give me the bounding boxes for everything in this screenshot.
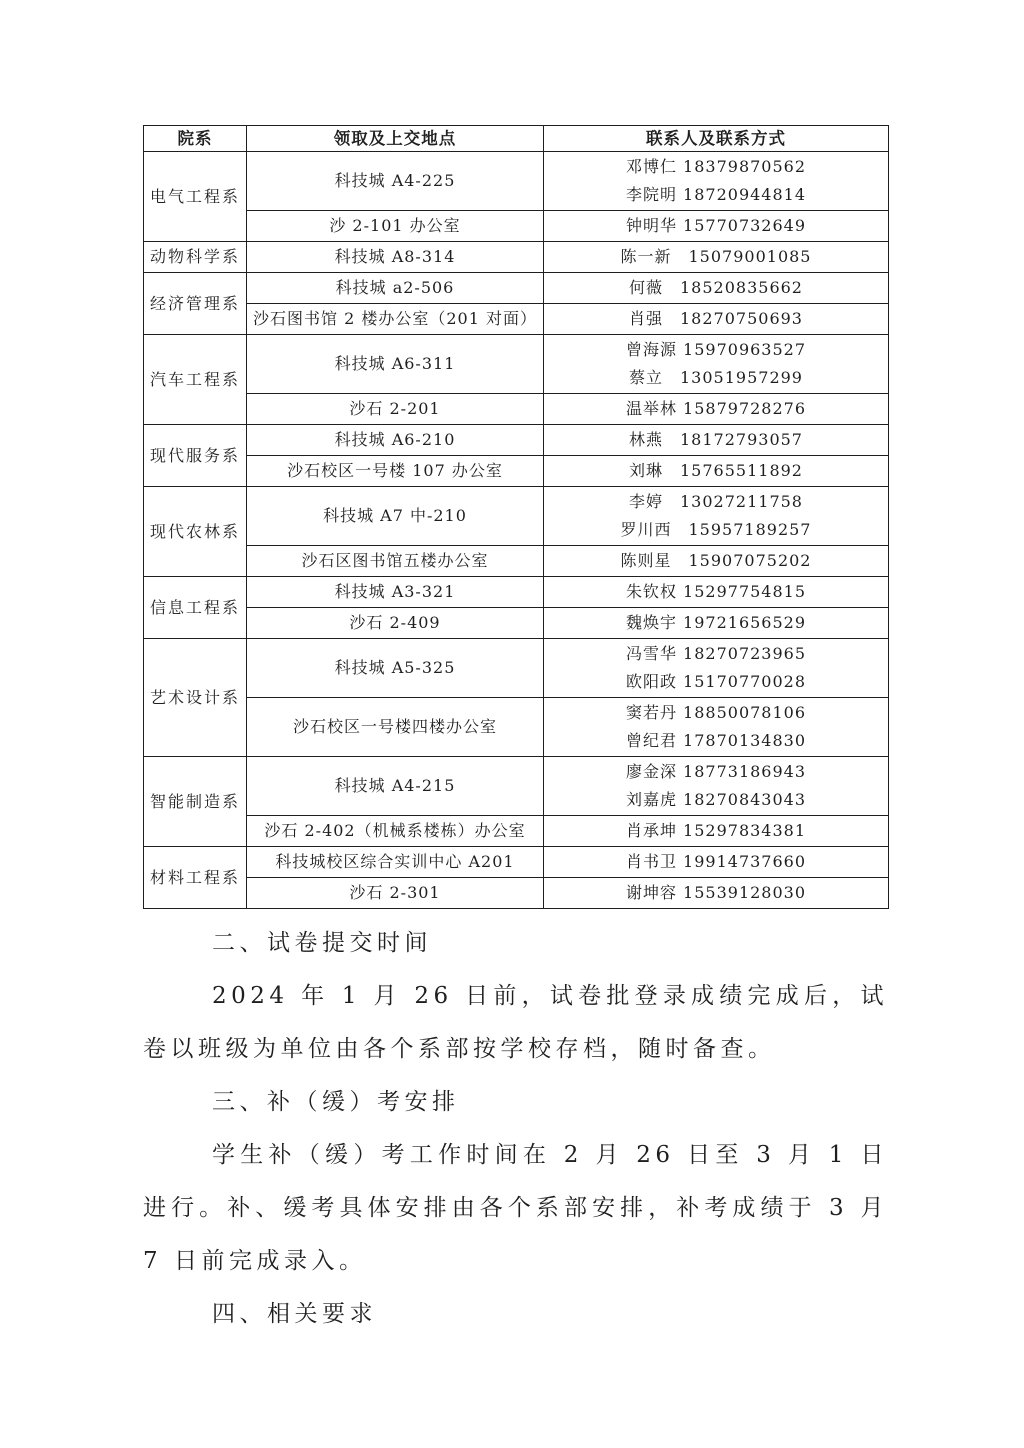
location-cell: 沙石校区一号楼四楼办公室 — [247, 698, 544, 757]
contact-line: 曾纪君 17870134830 — [548, 727, 884, 755]
document-sections: 二、试卷提交时间2024 年 1 月 26 日前，试卷批登录成绩完成后，试卷以班… — [143, 917, 888, 1341]
department-cell: 智能制造系 — [144, 757, 247, 847]
table-body: 电气工程系科技城 A4-225邓博仁 18379870562李院明 187209… — [144, 152, 889, 909]
contact-line: 肖承坤 15297834381 — [548, 817, 884, 845]
department-cell: 艺术设计系 — [144, 639, 247, 757]
table-row: 沙石校区一号楼 107 办公室刘琳 15765511892 — [144, 456, 889, 487]
location-cell: 科技城 A3-321 — [247, 577, 544, 608]
contact-line: 刘琳 15765511892 — [548, 457, 884, 485]
location-cell: 科技城 A8-314 — [247, 242, 544, 273]
department-cell: 现代服务系 — [144, 425, 247, 487]
table-row: 沙石区图书馆五楼办公室陈则星 15907075202 — [144, 546, 889, 577]
contact-cell: 廖金深 18773186943刘嘉虎 18270843043 — [544, 757, 889, 816]
contact-line: 罗川西 15957189257 — [548, 516, 884, 544]
table-row: 沙石 2-301谢坤容 15539128030 — [144, 878, 889, 909]
table-row: 智能制造系科技城 A4-215廖金深 18773186943刘嘉虎 182708… — [144, 757, 889, 816]
department-cell: 现代农林系 — [144, 487, 247, 577]
contact-cell: 肖强 18270750693 — [544, 304, 889, 335]
contact-line: 谢坤容 15539128030 — [548, 879, 884, 907]
contact-line: 温举林 15879728276 — [548, 395, 884, 423]
location-cell: 沙 2-101 办公室 — [247, 211, 544, 242]
location-cell: 科技城 A6-210 — [247, 425, 544, 456]
col-header-department: 院系 — [144, 126, 247, 152]
table-row: 沙石 2-201温举林 15879728276 — [144, 394, 889, 425]
contact-cell: 肖书卫 19914737660 — [544, 847, 889, 878]
location-cell: 沙石 2-409 — [247, 608, 544, 639]
contact-cell: 谢坤容 15539128030 — [544, 878, 889, 909]
location-cell: 科技城 A4-225 — [247, 152, 544, 211]
contact-cell: 李婷 13027211758罗川西 15957189257 — [544, 487, 889, 546]
contact-line: 林燕 18172793057 — [548, 426, 884, 454]
table-header-row: 院系 领取及上交地点 联系人及联系方式 — [144, 126, 889, 152]
col-header-contact: 联系人及联系方式 — [544, 126, 889, 152]
contact-cell: 魏焕宇 19721656529 — [544, 608, 889, 639]
contact-cell: 刘琳 15765511892 — [544, 456, 889, 487]
table-row: 沙石图书馆 2 楼办公室（201 对面）肖强 18270750693 — [144, 304, 889, 335]
location-cell: 沙石 2-402（机械系楼栋）办公室 — [247, 816, 544, 847]
contact-line: 陈一新 15079001085 — [548, 243, 884, 271]
contact-cell: 朱钦权 15297754815 — [544, 577, 889, 608]
table-row: 沙石 2-409魏焕宇 19721656529 — [144, 608, 889, 639]
table-row: 经济管理系科技城 a2-506何薇 18520835662 — [144, 273, 889, 304]
contact-line: 冯雪华 18270723965 — [548, 640, 884, 668]
contact-line: 肖书卫 19914737660 — [548, 848, 884, 876]
table-row: 沙 2-101 办公室钟明华 15770732649 — [144, 211, 889, 242]
contact-line: 欧阳政 15170770028 — [548, 668, 884, 696]
contact-cell: 陈则星 15907075202 — [544, 546, 889, 577]
section-heading: 三、补（缓）考安排 — [212, 1076, 888, 1129]
table-row: 沙石 2-402（机械系楼栋）办公室肖承坤 15297834381 — [144, 816, 889, 847]
contact-line: 曾海源 15970963527 — [548, 336, 884, 364]
contact-cell: 窦若丹 18850078106曾纪君 17870134830 — [544, 698, 889, 757]
section-heading: 四、相关要求 — [212, 1288, 888, 1341]
contact-line: 蔡立 13051957299 — [548, 364, 884, 392]
department-cell: 电气工程系 — [144, 152, 247, 242]
table-row: 电气工程系科技城 A4-225邓博仁 18379870562李院明 187209… — [144, 152, 889, 211]
table-row: 现代农林系科技城 A7 中-210李婷 13027211758罗川西 15957… — [144, 487, 889, 546]
department-cell: 信息工程系 — [144, 577, 247, 639]
contact-line: 朱钦权 15297754815 — [548, 578, 884, 606]
contact-line: 钟明华 15770732649 — [548, 212, 884, 240]
contact-cell: 温举林 15879728276 — [544, 394, 889, 425]
department-cell: 材料工程系 — [144, 847, 247, 909]
contact-line: 廖金深 18773186943 — [548, 758, 884, 786]
contact-line: 李院明 18720944814 — [548, 181, 884, 209]
contact-line: 刘嘉虎 18270843043 — [548, 786, 884, 814]
department-cell: 经济管理系 — [144, 273, 247, 335]
department-cell: 动物科学系 — [144, 242, 247, 273]
contact-cell: 钟明华 15770732649 — [544, 211, 889, 242]
document-page: 院系 领取及上交地点 联系人及联系方式 电气工程系科技城 A4-225邓博仁 1… — [0, 0, 1024, 1448]
contact-line: 肖强 18270750693 — [548, 305, 884, 333]
table-row: 现代服务系科技城 A6-210林燕 18172793057 — [144, 425, 889, 456]
contact-table: 院系 领取及上交地点 联系人及联系方式 电气工程系科技城 A4-225邓博仁 1… — [143, 125, 889, 909]
table-row: 信息工程系科技城 A3-321朱钦权 15297754815 — [144, 577, 889, 608]
location-cell: 科技城 a2-506 — [247, 273, 544, 304]
location-cell: 科技城 A6-311 — [247, 335, 544, 394]
section-heading: 二、试卷提交时间 — [212, 917, 888, 970]
location-cell: 科技城 A7 中-210 — [247, 487, 544, 546]
contact-cell: 曾海源 15970963527蔡立 13051957299 — [544, 335, 889, 394]
location-cell: 沙石校区一号楼 107 办公室 — [247, 456, 544, 487]
table-header: 院系 领取及上交地点 联系人及联系方式 — [144, 126, 889, 152]
contact-cell: 林燕 18172793057 — [544, 425, 889, 456]
location-cell: 沙石区图书馆五楼办公室 — [247, 546, 544, 577]
location-cell: 科技城校区综合实训中心 A201 — [247, 847, 544, 878]
contact-line: 何薇 18520835662 — [548, 274, 884, 302]
table-row: 动物科学系科技城 A8-314陈一新 15079001085 — [144, 242, 889, 273]
contact-line: 魏焕宇 19721656529 — [548, 609, 884, 637]
table-row: 材料工程系科技城校区综合实训中心 A201肖书卫 19914737660 — [144, 847, 889, 878]
contact-cell: 何薇 18520835662 — [544, 273, 889, 304]
department-cell: 汽车工程系 — [144, 335, 247, 425]
contact-cell: 冯雪华 18270723965欧阳政 15170770028 — [544, 639, 889, 698]
contact-cell: 肖承坤 15297834381 — [544, 816, 889, 847]
location-cell: 沙石图书馆 2 楼办公室（201 对面） — [247, 304, 544, 335]
location-cell: 沙石 2-201 — [247, 394, 544, 425]
body-paragraph: 2024 年 1 月 26 日前，试卷批登录成绩完成后，试卷以班级为单位由各个系… — [143, 970, 888, 1076]
table-row: 艺术设计系科技城 A5-325冯雪华 18270723965欧阳政 151707… — [144, 639, 889, 698]
location-cell: 科技城 A5-325 — [247, 639, 544, 698]
table-row: 沙石校区一号楼四楼办公室窦若丹 18850078106曾纪君 178701348… — [144, 698, 889, 757]
col-header-location: 领取及上交地点 — [247, 126, 544, 152]
contact-line: 陈则星 15907075202 — [548, 547, 884, 575]
contact-line: 窦若丹 18850078106 — [548, 699, 884, 727]
contact-line: 邓博仁 18379870562 — [548, 153, 884, 181]
table-row: 汽车工程系科技城 A6-311曾海源 15970963527蔡立 1305195… — [144, 335, 889, 394]
body-paragraph: 学生补（缓）考工作时间在 2 月 26 日至 3 月 1 日进行。补、缓考具体安… — [143, 1129, 888, 1288]
location-cell: 科技城 A4-215 — [247, 757, 544, 816]
location-cell: 沙石 2-301 — [247, 878, 544, 909]
contact-cell: 邓博仁 18379870562李院明 18720944814 — [544, 152, 889, 211]
contact-cell: 陈一新 15079001085 — [544, 242, 889, 273]
contact-line: 李婷 13027211758 — [548, 488, 884, 516]
